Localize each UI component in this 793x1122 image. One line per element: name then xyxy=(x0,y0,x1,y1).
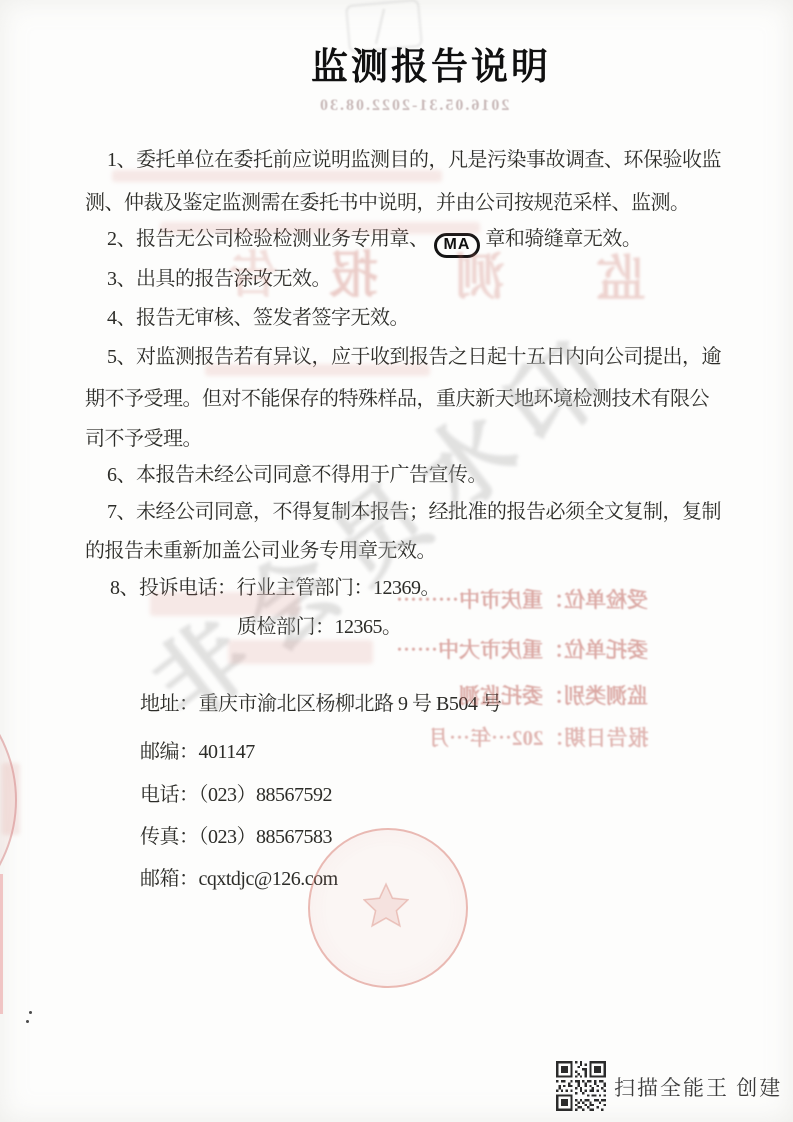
bleed-through-smudge xyxy=(112,170,442,182)
qr-code xyxy=(556,1060,606,1112)
bleed-through-char: 报 xyxy=(328,250,378,300)
contact-phone: 电话：（023）88567592 xyxy=(140,783,332,808)
bleed-through-date-range: 2016.05.31-2022.08.30 xyxy=(318,98,509,114)
bleed-through-char: 测 xyxy=(455,252,505,302)
stamp-star-icon xyxy=(363,882,409,928)
bleed-through-line-2: 委托单位：重庆市大中⋯⋯ xyxy=(396,640,648,661)
bleed-through-line-1: 受检单位：重庆市中⋯⋯⋯ xyxy=(396,590,648,611)
ink-dot xyxy=(29,1011,32,1014)
camscanner-label: 扫描全能王 创建 xyxy=(614,1078,782,1099)
bleed-through-line-4: 报告日期：202⋯年⋯月 xyxy=(428,728,649,749)
bleed-through-smudge xyxy=(205,364,430,376)
red-seal-stamp-partial xyxy=(0,663,17,937)
bleed-through-smudge xyxy=(228,640,373,664)
bleed-through-smudge xyxy=(160,222,480,234)
notice-item-7-line-1: 7、未经公司同意，不得复制本报告；经批准的报告必须全文复制，复制 xyxy=(107,500,721,525)
notice-item-6: 6、本报告未经公司同意不得用于广告宣传。 xyxy=(107,463,487,488)
bleed-through-line-3: 监测类别：委托监测 xyxy=(459,686,648,707)
scanned-document-page: 监测报告说明 2016.05.31-2022.08.30 1、委托单位在委托前应… xyxy=(0,0,793,1122)
notice-item-8-line-2: 质检部门：12365。 xyxy=(237,615,402,640)
ink-dot xyxy=(26,1020,29,1023)
notice-item-5-line-3: 司不予受理。 xyxy=(85,427,202,452)
bleed-through-smudge xyxy=(150,592,300,616)
notice-item-1-line-2: 测、仲裁及鉴定监测需在委托书中说明，并由公司按规范采样、监测。 xyxy=(85,191,690,216)
scan-artifact-line xyxy=(0,874,3,1014)
notice-item-4: 4、报告无审核、签发者签字无效。 xyxy=(107,306,409,331)
notice-item-7-line-2: 的报告未重新加盖公司业务专用章无效。 xyxy=(85,539,436,564)
bleed-through-char: 告 xyxy=(228,250,278,300)
contact-email: 邮箱：cqxtdjc@126.com xyxy=(140,867,338,892)
contact-zip: 邮编：401147 xyxy=(140,740,255,765)
contact-address: 地址：重庆市渝北区杨柳北路 9 号 B504 号 xyxy=(140,692,501,717)
notice-item-3: 3、出具的报告涂改无效。 xyxy=(107,267,331,292)
page-title: 监测报告说明 xyxy=(311,48,551,85)
contact-fax: 传真：（023）88567583 xyxy=(140,825,332,850)
bleed-through-char: 监 xyxy=(596,254,646,304)
notice-item-2-text-after: 章和骑缝章无效。 xyxy=(485,228,641,250)
notice-item-5-line-2: 期不予受理。但对不能保存的特殊样品，重庆新天地环境检测技术有限公 xyxy=(85,387,709,412)
